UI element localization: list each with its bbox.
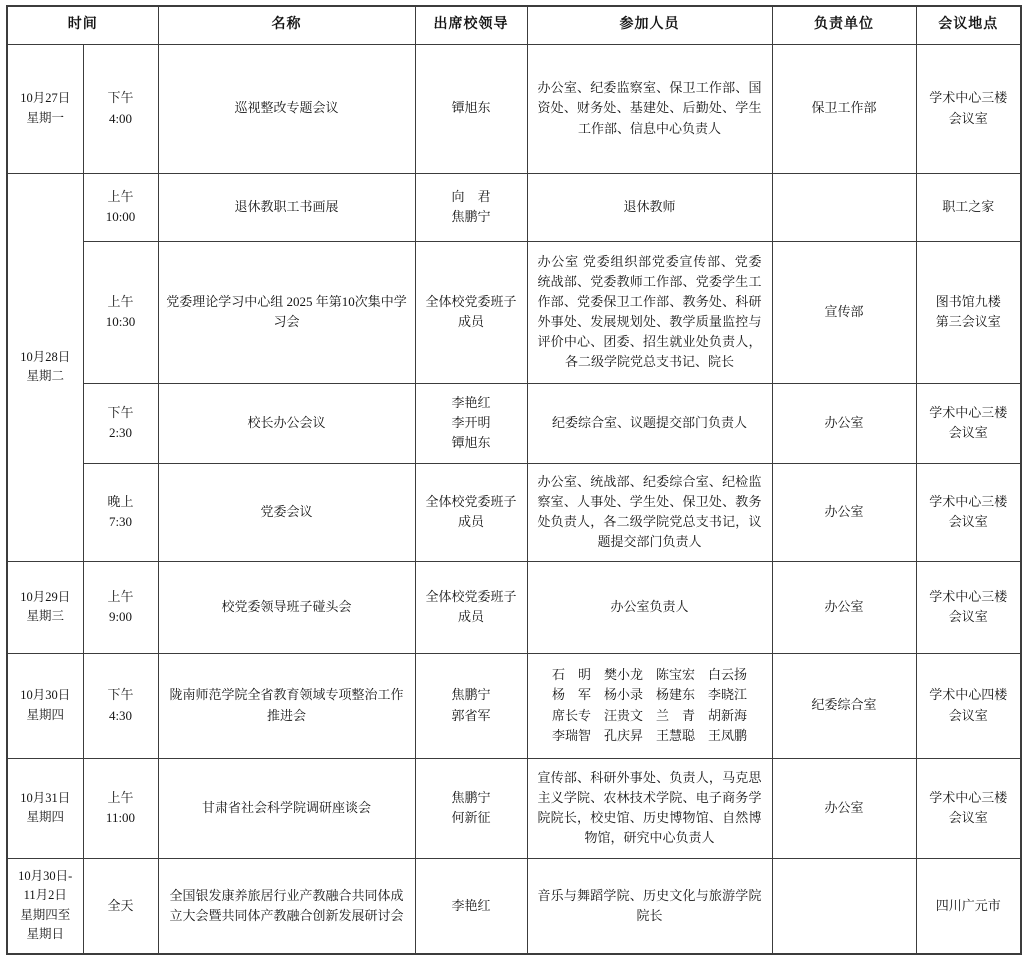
cell-participants: 办公室、纪委监察室、保卫工作部、国资处、财务处、基建处、后勤处、学生工作部、信息… bbox=[527, 44, 772, 173]
cell-time: 下午 4:30 bbox=[83, 653, 158, 758]
cell-name: 陇南师范学院全省教育领域专项整治工作推进会 bbox=[158, 653, 415, 758]
table-row: 10月31日 星期四 上午 11:00 甘肃省社会科学院调研座谈会 焦鹏宁 何新… bbox=[7, 758, 1021, 858]
header-row: 时间 名称 出席校领导 参加人员 负责单位 会议地点 bbox=[7, 6, 1021, 44]
cell-location: 学术中心四楼 会议室 bbox=[916, 653, 1021, 758]
meeting-schedule-table: 时间 名称 出席校领导 参加人员 负责单位 会议地点 10月27日 星期一 下午… bbox=[6, 5, 1022, 955]
cell-time: 晚上 7:30 bbox=[83, 463, 158, 561]
table-row: 10月29日 星期三 上午 9:00 校党委领导班子碰头会 全体校党委班子成员 … bbox=[7, 561, 1021, 653]
cell-location: 学术中心三楼 会议室 bbox=[916, 758, 1021, 858]
cell-leaders: 李艳红 李开明 镡旭东 bbox=[415, 383, 527, 463]
table-row: 晚上 7:30 党委会议 全体校党委班子成员 办公室、统战部、纪委综合室、纪检监… bbox=[7, 463, 1021, 561]
cell-participants: 宣传部、科研外事处、负责人，马克思主义学院、农林技术学院、电子商务学院院长，校史… bbox=[527, 758, 772, 858]
col-header-leaders: 出席校领导 bbox=[415, 6, 527, 44]
cell-location: 学术中心三楼 会议室 bbox=[916, 383, 1021, 463]
cell-name: 校长办公会议 bbox=[158, 383, 415, 463]
col-header-unit: 负责单位 bbox=[772, 6, 916, 44]
table-row: 10月30日 星期四 下午 4:30 陇南师范学院全省教育领域专项整治工作推进会… bbox=[7, 653, 1021, 758]
cell-participants: 石 明 樊小龙 陈宝宏 白云扬 杨 军 杨小录 杨建东 李晓江 席长专 汪贵文 … bbox=[527, 653, 772, 758]
cell-unit bbox=[772, 173, 916, 241]
cell-leaders: 焦鹏宁 何新征 bbox=[415, 758, 527, 858]
cell-date: 10月28日 星期二 bbox=[7, 173, 83, 561]
cell-participants: 办公室负责人 bbox=[527, 561, 772, 653]
cell-unit: 保卫工作部 bbox=[772, 44, 916, 173]
cell-location: 学术中心三楼 会议室 bbox=[916, 463, 1021, 561]
cell-date: 10月27日 星期一 bbox=[7, 44, 83, 173]
cell-participants: 办公室、统战部、纪委综合室、纪检监察室、人事处、学生处、保卫处、教务处负责人，各… bbox=[527, 463, 772, 561]
cell-date: 10月30日- 11月2日 星期四至 星期日 bbox=[7, 858, 83, 954]
cell-date: 10月31日 星期四 bbox=[7, 758, 83, 858]
cell-participants: 办公室 党委组织部党委宣传部、党委统战部、党委教师工作部、党委学生工作部、党委保… bbox=[527, 241, 772, 383]
cell-participants: 音乐与舞蹈学院、历史文化与旅游学院院长 bbox=[527, 858, 772, 954]
cell-location: 学术中心三楼 会议室 bbox=[916, 561, 1021, 653]
cell-name: 甘肃省社会科学院调研座谈会 bbox=[158, 758, 415, 858]
cell-unit: 办公室 bbox=[772, 383, 916, 463]
cell-location: 四川广元市 bbox=[916, 858, 1021, 954]
cell-participants: 退休教师 bbox=[527, 173, 772, 241]
cell-leaders: 李艳红 bbox=[415, 858, 527, 954]
table-row: 10月27日 星期一 下午 4:00 巡视整改专题会议 镡旭东 办公室、纪委监察… bbox=[7, 44, 1021, 173]
cell-time: 上午 11:00 bbox=[83, 758, 158, 858]
cell-unit: 宣传部 bbox=[772, 241, 916, 383]
col-header-time: 时间 bbox=[7, 6, 158, 44]
cell-time: 上午 10:30 bbox=[83, 241, 158, 383]
cell-location: 学术中心三楼 会议室 bbox=[916, 44, 1021, 173]
cell-leaders: 向 君 焦鹏宁 bbox=[415, 173, 527, 241]
cell-date: 10月30日 星期四 bbox=[7, 653, 83, 758]
cell-leaders: 全体校党委班子成员 bbox=[415, 463, 527, 561]
col-header-name: 名称 bbox=[158, 6, 415, 44]
document-page: 时间 名称 出席校领导 参加人员 负责单位 会议地点 10月27日 星期一 下午… bbox=[0, 0, 1024, 961]
table-row: 下午 2:30 校长办公会议 李艳红 李开明 镡旭东 纪委综合室、议题提交部门负… bbox=[7, 383, 1021, 463]
cell-time: 全天 bbox=[83, 858, 158, 954]
table-row: 10月28日 星期二 上午 10:00 退休教职工书画展 向 君 焦鹏宁 退休教… bbox=[7, 173, 1021, 241]
cell-name: 党委理论学习中心组 2025 年第10次集中学习会 bbox=[158, 241, 415, 383]
cell-location: 职工之家 bbox=[916, 173, 1021, 241]
cell-unit: 办公室 bbox=[772, 758, 916, 858]
cell-time: 上午 9:00 bbox=[83, 561, 158, 653]
table-row: 10月30日- 11月2日 星期四至 星期日 全天 全国银发康养旅居行业产教融合… bbox=[7, 858, 1021, 954]
cell-unit: 办公室 bbox=[772, 463, 916, 561]
cell-location: 图书馆九楼 第三会议室 bbox=[916, 241, 1021, 383]
cell-unit: 办公室 bbox=[772, 561, 916, 653]
cell-leaders: 全体校党委班子成员 bbox=[415, 241, 527, 383]
cell-time: 上午 10:00 bbox=[83, 173, 158, 241]
cell-name: 退休教职工书画展 bbox=[158, 173, 415, 241]
cell-name: 党委会议 bbox=[158, 463, 415, 561]
cell-leaders: 镡旭东 bbox=[415, 44, 527, 173]
cell-leaders: 全体校党委班子成员 bbox=[415, 561, 527, 653]
cell-name: 校党委领导班子碰头会 bbox=[158, 561, 415, 653]
cell-name: 巡视整改专题会议 bbox=[158, 44, 415, 173]
col-header-participants: 参加人员 bbox=[527, 6, 772, 44]
cell-leaders: 焦鹏宁 郭省军 bbox=[415, 653, 527, 758]
cell-date: 10月29日 星期三 bbox=[7, 561, 83, 653]
cell-participants: 纪委综合室、议题提交部门负责人 bbox=[527, 383, 772, 463]
col-header-location: 会议地点 bbox=[916, 6, 1021, 44]
cell-unit bbox=[772, 858, 916, 954]
cell-unit: 纪委综合室 bbox=[772, 653, 916, 758]
cell-time: 下午 2:30 bbox=[83, 383, 158, 463]
table-row: 上午 10:30 党委理论学习中心组 2025 年第10次集中学习会 全体校党委… bbox=[7, 241, 1021, 383]
cell-time: 下午 4:00 bbox=[83, 44, 158, 173]
cell-name: 全国银发康养旅居行业产教融合共同体成立大会暨共同体产教融合创新发展研讨会 bbox=[158, 858, 415, 954]
